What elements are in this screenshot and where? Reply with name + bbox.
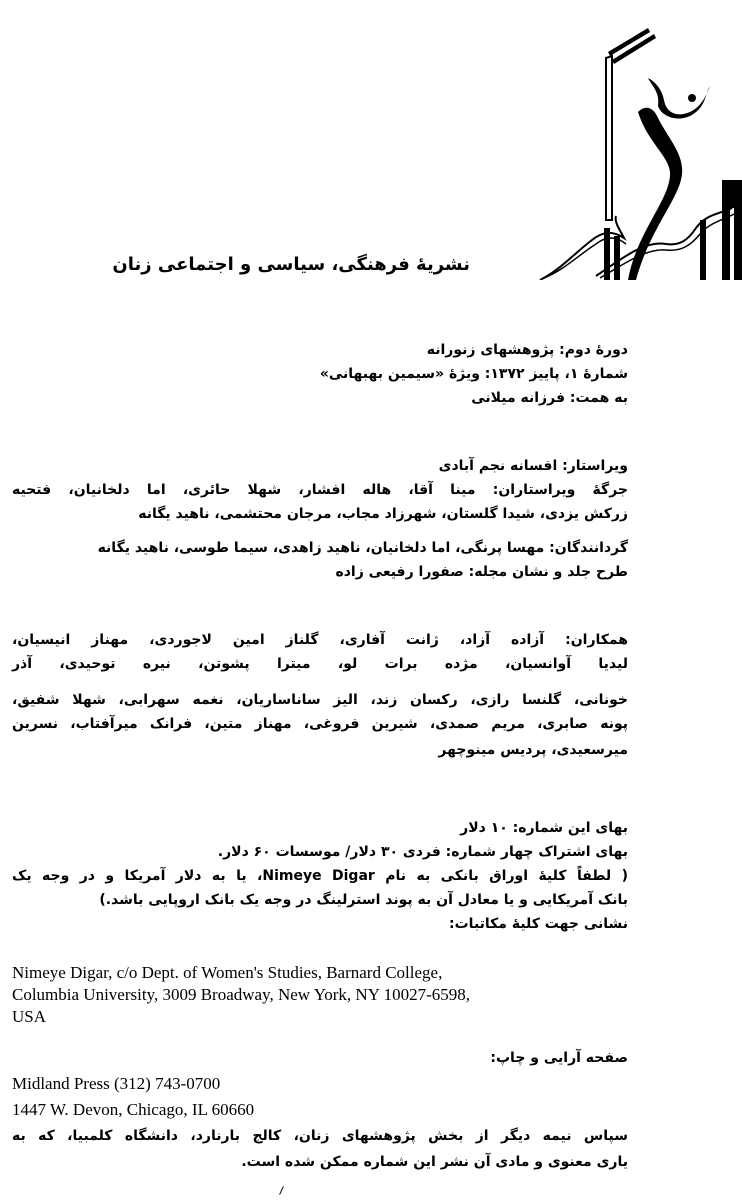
- printer-address: 1447 W. Devon, Chicago, IL 60660: [12, 1100, 254, 1120]
- acknowledgment-line-2: یاری معنوی و مادی آن نشر این شماره ممکن …: [241, 1150, 628, 1174]
- issue-period: دورهٔ دوم: پژوهشهای زنورانه: [427, 338, 628, 362]
- address-line-3: USA: [12, 1007, 46, 1027]
- collaborators-line-4: پونه صابری، مریم صمدی، شیرین فروغی، مهنا…: [12, 712, 628, 736]
- subscription-price: بهای اشتراک چهار شماره: فردی ۳۰ دلار/ مو…: [218, 840, 628, 864]
- address-label: نشانی جهت کلیهٔ مکاتبات:: [449, 912, 628, 936]
- payment-note-line-2: بانک آمریکایی و یا معادل آن به پوند استر…: [99, 888, 628, 912]
- cover-design-credit: طرح جلد و نشان مجله: صفورا رفیعی زاده: [335, 560, 628, 584]
- printing-label: صفحه آرایی و چاپ:: [490, 1046, 628, 1070]
- collaborators-line-2: لیدیا آوانسیان، مژده برات لو، میترا پشوت…: [12, 652, 628, 676]
- collaborators-line-1: همکاران: آزاده آزاد، ژانت آفاری، گلناز ا…: [12, 628, 628, 652]
- collaborators-line-3: خونانی، گلنسا رازی، رکسان زند، الیز سانا…: [12, 688, 628, 712]
- scan-artifact-mark: [279, 1186, 284, 1195]
- payment-note-line-1: ( لطفاً کلیهٔ اوراق بانکی به نام Nimeye …: [12, 864, 628, 888]
- masthead-tagline: نشریهٔ فرهنگی، سیاسی و اجتماعی زنان: [112, 254, 470, 275]
- nimeye-digar-logo: [520, 8, 742, 280]
- printer-name-phone: Midland Press (312) 743-0700: [12, 1074, 220, 1094]
- managers-credit: گردانندگان: مهسا پرنگی، اما دلخانیان، نا…: [98, 536, 628, 560]
- issue-guest-editor: به همت: فرزانه میلانی: [471, 386, 628, 410]
- single-issue-price: بهای این شماره: ۱۰ دلار: [460, 816, 628, 840]
- address-line-2: Columbia University, 3009 Broadway, New …: [12, 985, 470, 1005]
- editorial-board-line-1: جرگهٔ ویراستاران: مینا آقا، هاله افشار، …: [12, 478, 628, 502]
- editor-credit: ویراستار: افسانه نجم آبادی: [439, 454, 628, 478]
- collaborators-line-5: میرسعیدی، پردیس مینوچهر: [438, 738, 628, 762]
- issue-number: شمارهٔ ۱، پاییز ۱۳۷۲: ویژهٔ «سیمین بهبها…: [320, 362, 628, 386]
- acknowledgment-line-1: سپاس نیمه دیگر از بخش پژوهشهای زنان، کال…: [12, 1124, 628, 1148]
- editorial-board-line-2: زرکش یزدی، شیدا گلستان، شهرزاد مجاب، مرج…: [138, 502, 628, 526]
- address-line-1: Nimeye Digar, c/o Dept. of Women's Studi…: [12, 963, 442, 983]
